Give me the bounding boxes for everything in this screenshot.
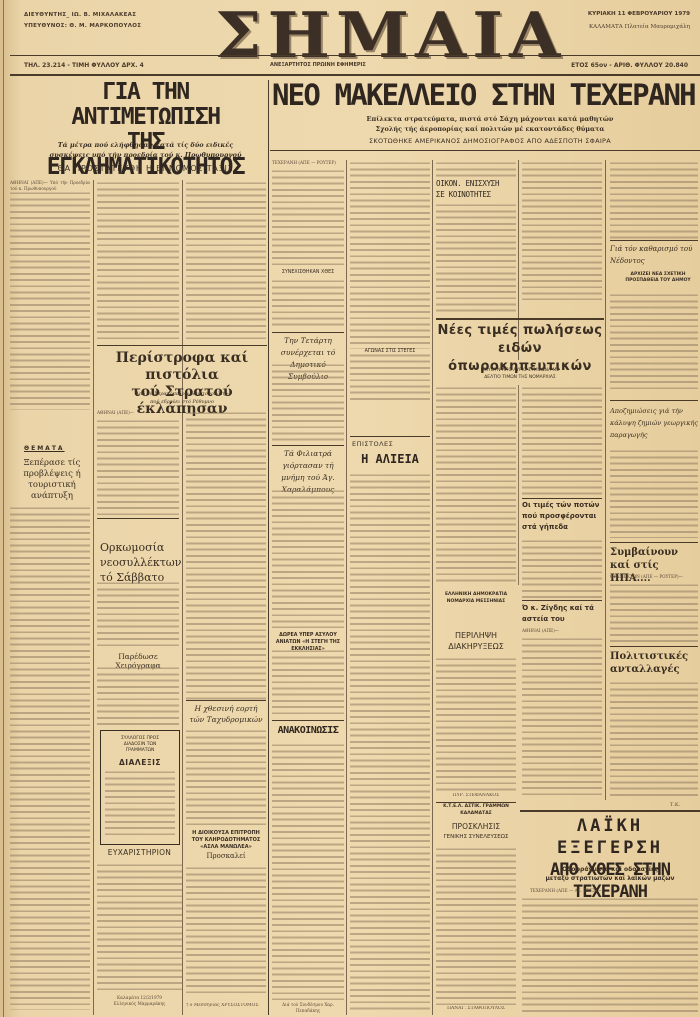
- announcements-signature: Διά τού Συνδέσμου Χαρ. Πεπαδάκης: [272, 1002, 344, 1015]
- thanks-title: ΕΥΧΑΡΙΣΤΗΡΙΟΝ: [97, 848, 182, 857]
- divider: [270, 150, 700, 151]
- crime-body-text-col2: [97, 180, 179, 340]
- cultural-headline: Πολιτιστικές ανταλλαγές: [610, 650, 698, 676]
- cultural-body: [610, 680, 698, 800]
- ktel-title-2: ΓΕΝΙΚΗΣ ΣΥΝΕΛΕΥΣΕΩΣ: [436, 832, 516, 842]
- column-divider: [182, 180, 183, 1015]
- crime-body-text: [10, 190, 90, 410]
- uprising-headline-1: ΛΑΪΚΗ ΕΞΕΓΕΡΣΗ: [520, 815, 700, 859]
- tehran-kicker: ΣΚΟΤΩΘΗΚΕ ΑΜΕΡΙΚΑΝΟΣ ΔΗΜΟΣΙΟΓΡΑΦΟΣ ΑΠΟ Α…: [280, 137, 700, 145]
- crime-subhead: Τά μέτρα πού ελήφθησαν κατά τίς δύο ειδι…: [28, 140, 263, 160]
- crime-kicker: ΘΑ ΠΡΟΣΤΑΤΕΥΘΗ Η ΕΝΝΟΜΟΣ ΤΑΞΙΣ: [28, 164, 263, 173]
- lottery-signature: † ό Μεσσηνίας ΧΡΥΣΟΣΤΟΜΟΣ: [186, 1003, 266, 1009]
- notice-title-1: ΠΕΡΙΛΗΨΗ: [436, 630, 516, 641]
- lottery-header: Η ΔΙΟΙΚΟΥΣΑ ΕΠΙΤΡΟΠΗ ΤΟΥ ΚΛΗΡΟΔΟΤΗΜΑΤΟΣ …: [186, 830, 266, 851]
- divider: [522, 600, 602, 601]
- issue-location: ΚΑΛΑΜΑΤΑ Πλατεία Μαυρομιχάλη: [588, 21, 690, 34]
- lecture-body: [105, 769, 175, 839]
- director-line: ΔΙΕΥΘΥΝΤΗΣ_ ΙΩ. Β. ΜΙΧΑΛΑΚΕΑΣ: [24, 10, 141, 21]
- lebanon-headline: Γιά τόν καθαρισμό τού Νέδοντος: [610, 243, 698, 267]
- tagline: ΑΝΕΞΑΡΤΗΤΟΣ ΠΡΩΙΝΗ ΕΦΗΜΕΡΙΣ: [270, 62, 366, 68]
- oath-body: [97, 580, 179, 650]
- column-divider: [432, 160, 433, 1015]
- ktel-body: [436, 846, 516, 1006]
- announcements-body: [272, 742, 344, 1000]
- uprising-subhead-1: Οδοφράγματα καί οδομαχίες: [520, 865, 700, 874]
- notice-title-2: ΔΙΑΚΗΡΥΞΕΩΣ: [436, 641, 516, 652]
- produce-headline-1: Νέες τιμές πωλήσεως: [436, 322, 604, 340]
- weapons-body-col1: [97, 418, 179, 518]
- divider: [97, 518, 179, 519]
- divider: [522, 498, 602, 499]
- column-divider: [518, 385, 519, 585]
- lecture-org: ΣΥΛΛΟΓΟΣ ΠΡΟΣ ΔΙΑΔΟΣΙΝ ΤΩΝ ΓΡΑΜΜΑΤΩΝ: [101, 736, 179, 754]
- lottery-title: Προσκαλεί: [186, 852, 266, 860]
- notice-title: ΠΕΡΙΛΗΨΗ ΔΙΑΚΗΡΥΞΕΩΣ: [436, 630, 516, 652]
- filiatra-body: [272, 488, 344, 628]
- themata-headline: Ξεπέρασε τίς προβλέψεις ή τουριστική ανά…: [14, 458, 90, 502]
- uprising-dateline: ΤΕΧΕΡΑΝΗ (ΑΠΕ — ΑΣ. ΠΡΕΣ)—: [530, 888, 700, 894]
- masthead-date-block: ΚΥΡΙΑΚΗ 11 ΦΕΒΡΟΥΑΡΙΟΥ 1979 ΚΑΛΑΜΑΤΑ Πλα…: [588, 8, 690, 34]
- divider: [186, 700, 266, 701]
- tehran-body-col4: [522, 160, 602, 300]
- tehran-headline: ΝΕΟ ΜΑΚΕΛΛΕΙΟ ΣΤΗΝ ΤΕΧΕΡΑΝΗ: [272, 80, 697, 110]
- divider: [610, 240, 698, 241]
- divider: [610, 542, 698, 543]
- issue-date: ΚΥΡΙΑΚΗ 11 ΦΕΒΡΟΥΑΡΙΟΥ 1979: [588, 8, 690, 21]
- themata-body: [10, 505, 90, 1010]
- lebanon-subhead: ΑΡΧΙΖΕΙ ΝΕΑ ΣΧΕΤΙΚΗ ΠΡΟΣΠΑΘΕΙΑ ΤΟΥ ΔΗΜΟΥ: [618, 272, 698, 284]
- divider: [610, 646, 698, 647]
- column-divider: [93, 180, 94, 1015]
- notice-body: [436, 656, 516, 791]
- produce-subhead-2: ΔΕΛΤΙΟ ΤΙΜΩΝ ΤΗΣ ΝΟΜΑΡΧΙΑΣ: [436, 374, 604, 381]
- communities-headline-2: ΣΕ ΚΟΙΝΟΤΗΤΕΣ: [436, 189, 516, 200]
- tehran-body-col3: [436, 160, 516, 180]
- crime-headline-line-1: ΓΙΑ ΤΗΝ ΑΝΤΙΜΕΤΩΠΙΣΗ: [28, 80, 263, 130]
- uprising-subhead: Οδοφράγματα καί οδομαχίες μεταξύ στρατιω…: [520, 865, 700, 883]
- masthead-rule-bottom: [10, 74, 700, 76]
- tehran-subhead-1: Επίλεκτα στρατεύματα, πιστά στό Σάχη μάχ…: [280, 114, 700, 124]
- themata-label: ΘΕΜΑΤΑ: [24, 445, 65, 452]
- ktel-title: ΠΡΟΣΚΛΗΣΙΣ ΓΕΝΙΚΗΣ ΣΥΝΕΛΕΥΣΕΩΣ: [436, 822, 516, 842]
- compensation-headline: Αποζημιώσεις γιά τήν κάλυψη ζημιών γεωργ…: [610, 405, 698, 441]
- tehran-section-2: ΑΓΩΝΑΣ ΣΤΙΣ ΣΤΕΓΕΣ: [350, 349, 430, 354]
- thanks-signature: Καλαμάτα 12/2/1979 Ελληνικός Μαρμαράκης: [97, 995, 182, 1008]
- produce-subhead-1: ΙΣΧΥΟΥΝ ΑΠΟ ΑΥΡΙΟ ΣΥΜΦΩΝΑ ΜΕ: [436, 367, 604, 374]
- tehran-subhead-2: Σχολής τής άεροπορίας καί πολιτών μέ εκα…: [280, 124, 700, 134]
- divider: [272, 332, 344, 333]
- thanks-name: Ελληνικός Μαρμαράκης: [97, 1001, 182, 1007]
- column-divider: [605, 160, 606, 800]
- crime-body-text-col3: [186, 180, 266, 340]
- zigdis-dateline: ΑΘΗΝΑΙ (ΑΠΕ)—: [522, 628, 602, 634]
- tehran-dateline: ΤΕΧΕΡΑΝΗ (ΑΠΕ — ΡΟΥΤΕΡ): [272, 160, 344, 166]
- produce-body-col2: [522, 385, 602, 495]
- tehran-body-col1b: [272, 278, 344, 330]
- lebanon-body: [610, 292, 698, 392]
- column-divider: [268, 80, 269, 1015]
- weapons-subhead-1: Από τό Στρατόπεδο «Κουντουριώτη»: [97, 390, 267, 398]
- phone-price: ΤΗΛ. 23.214 - ΤΙΜΗ ΦΥΛΛΟΥ ΔΡΧ. 4: [24, 62, 144, 69]
- crime-subhead-2: συσκέψεις υπό τήν προεδρία τού κ. Πρωθυπ…: [28, 150, 263, 160]
- communities-headline-1: ΟΙΚΟΝ. ΕΝΙΣΧΥΣΗ: [436, 178, 516, 189]
- drinks-headline: Οι τιμές τών ποτών πού προσφέρονται στά …: [522, 500, 602, 533]
- initials: Τ.Κ.: [670, 802, 680, 808]
- divider: [610, 400, 698, 401]
- newspaper-title: ΣΗΜΑΙΑ: [215, 2, 485, 69]
- announcements-headline: ΑΝΑΚΟΙΝΩΣΙΣ: [272, 725, 344, 736]
- uprising-subhead-2: μεταξύ στρατιωτών καί λαϊκών μαζών: [520, 874, 700, 883]
- usa-dateline: ΟΥΑΣΙΓΚΤΩΝ (ΑΠΕ — ΡΟΥΤΕΡ)—: [610, 574, 698, 580]
- communities-body: [436, 202, 516, 314]
- divider: [436, 802, 516, 803]
- letters-body: [350, 472, 430, 1012]
- zigdis-body: [522, 636, 602, 796]
- letters-label: ΕΠΙΣΤΟΛΕΣ: [352, 440, 393, 448]
- tehran-body-col1: [272, 168, 344, 268]
- column-divider: [346, 160, 347, 1015]
- tehran-subhead: Επίλεκτα στρατεύματα, πιστά στό Σάχη μάχ…: [280, 114, 700, 134]
- binding-edge: [3, 0, 4, 1017]
- produce-body-col1: [436, 385, 516, 585]
- divider: [272, 445, 344, 446]
- postal-body: [186, 728, 266, 826]
- crime-subhead-1: Τά μέτρα πού ελήφθησαν κατά τίς δύο ειδι…: [28, 140, 263, 150]
- notice-signature: ΠΥΡ. ΣΤΕΦΑΝΑΚΟΣ: [436, 793, 516, 799]
- manuscripts-body: [97, 665, 179, 725]
- ktel-title-1: ΠΡΟΣΚΛΗΣΙΣ: [436, 822, 516, 832]
- uprising-body: [522, 896, 698, 1012]
- lecture-title: ΔΙΑΛΕΞΙΣ: [101, 758, 179, 767]
- ktel-header: Κ.Τ.Ε.Λ. ΑΣΤΙΚ. ΓΡΑΜΜΩΝ ΚΑΛΑΜΑΤΑΣ: [436, 804, 516, 817]
- divider: [350, 436, 430, 437]
- weapons-subhead-2: πού εδρεύει στό Ρέθυμνο: [97, 398, 267, 406]
- lecture-notice-box: ΣΥΛΛΟΓΟΣ ΠΡΟΣ ΔΙΑΔΟΣΙΝ ΤΩΝ ΓΡΑΜΜΑΤΩΝ ΔΙΑ…: [100, 730, 180, 845]
- tehran-body-col5: [610, 160, 698, 240]
- weapons-subhead: Από τό Στρατόπεδο «Κουντουριώτη» πού εδρ…: [97, 390, 267, 406]
- donation-body: [272, 648, 344, 716]
- tehran-section: ΣΥΝΕΧΙΣΘΗΚΑΝ ΧΘΕΣ: [272, 270, 344, 275]
- oath-headline: Ορκωμοσία νεοσυλλέκτων τό Σάββατο: [100, 540, 180, 585]
- drinks-body: [522, 538, 602, 598]
- divider: [272, 720, 344, 721]
- weapons-headline-1: Περίστροφα καί πιστόλια: [97, 350, 267, 384]
- masthead-credits: ΔΙΕΥΘΥΝΤΗΣ_ ΙΩ. Β. ΜΙΧΑΛΑΚΕΑΣ ΥΠΕΥΘΥΝΟΣ:…: [24, 10, 141, 32]
- ktel-signature: ΠΑΝΑΓ. ΣΤΑΘΟΠΟΥΛΟΣ: [436, 1006, 516, 1012]
- council-body: [272, 362, 344, 442]
- divider: [97, 345, 267, 346]
- zigdis-headline: Ό κ. Ζίγδης καί τά αστεία του: [522, 603, 602, 625]
- weapons-body-col2: [186, 410, 266, 700]
- divider: [520, 810, 700, 812]
- communities-headline: ΟΙΚΟΝ. ΕΝΙΣΧΥΣΗ ΣΕ ΚΟΙΝΟΤΗΤΕΣ: [436, 178, 516, 200]
- tehran-body-col2: [350, 160, 430, 400]
- notice-header: ΕΛΛΗΝΙΚΗ ΔΗΜΟΚΡΑΤΙΑ ΝΟΜΑΡΧΙΑ ΜΕΣΣΗΝΙΑΣ: [436, 592, 516, 605]
- editor-line: ΥΠΕΥΘΥΝΟΣ: Θ. Μ. ΜΑΡΚΟΠΟΥΛΟΣ: [24, 21, 141, 32]
- issue-number: ΕΤΟΣ 65ον - ΑΡΙΘ. ΦΥΛΛΟΥ 20.840: [571, 62, 688, 69]
- masthead-rule-top: [10, 55, 700, 56]
- letters-headline: Η ΑΛΙΕΙΑ: [350, 452, 430, 466]
- postal-headline: Η χθεσινή εορτή τών Ταχυδρομικών: [186, 703, 266, 725]
- weapons-headline: Περίστροφα καί πιστόλια τού Στρατού έκλά…: [97, 350, 267, 418]
- thanks-body: [97, 862, 182, 992]
- newspaper-page: ΔΙΕΥΘΥΝΤΗΣ_ ΙΩ. Β. ΜΙΧΑΛΑΚΕΑΣ ΥΠΕΥΘΥΝΟΣ:…: [0, 0, 700, 1017]
- divider: [436, 318, 604, 320]
- lottery-body: [186, 865, 266, 995]
- compensation-body: [610, 448, 698, 538]
- usa-body: [610, 582, 698, 642]
- produce-subhead: ΙΣΧΥΟΥΝ ΑΠΟ ΑΥΡΙΟ ΣΥΜΦΩΝΑ ΜΕ ΔΕΛΤΙΟ ΤΙΜΩ…: [436, 367, 604, 381]
